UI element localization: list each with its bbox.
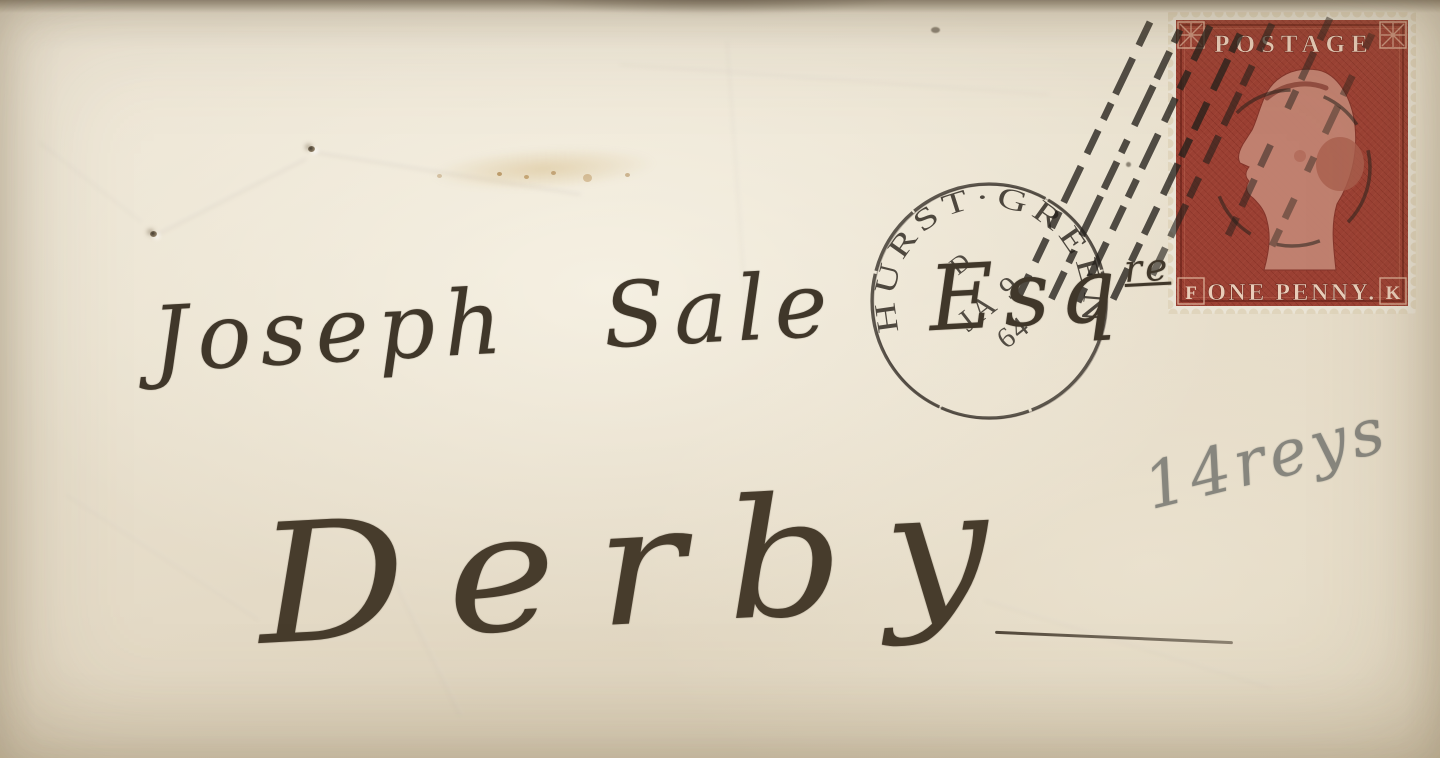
address-line-recipient: Joseph Sale Esqre <box>149 235 1174 393</box>
queen-victoria-portrait <box>1239 69 1364 270</box>
portrait-ear <box>1294 150 1306 162</box>
ink-speck <box>1126 162 1131 167</box>
crease-line <box>39 140 143 222</box>
cancel-circle-fragment <box>1214 90 1370 246</box>
city-name: Derby <box>253 450 1034 682</box>
crease-line <box>65 492 260 620</box>
stamp-corner-letter-f: F <box>1185 283 1197 304</box>
portrait-hair-bun <box>1316 137 1364 191</box>
address-line-city: Derby <box>253 450 1034 682</box>
corner-letter-box <box>1178 278 1204 304</box>
cancel-bar <box>1226 18 1330 240</box>
envelope-paper: HURST·GREEN D JA 9 64 <box>0 0 1440 758</box>
pencil-annotation: 14reys <box>1137 393 1396 525</box>
envelope-top-fold-shadow <box>520 0 910 16</box>
honorific-superscript: re <box>1123 245 1172 291</box>
ink-speck <box>931 27 940 33</box>
recipient-name: Joseph Sale <box>149 252 839 393</box>
corner-letter-box <box>1380 278 1406 304</box>
star-ornament-icon <box>1178 22 1204 48</box>
star-ornament-icon <box>1380 22 1406 48</box>
penny-red-stamp: POSTAGE ONE PENNY. F K <box>1168 12 1416 314</box>
stamp-frame-line <box>1181 25 1403 301</box>
pinhole <box>308 146 315 152</box>
cancel-bar <box>1272 34 1372 246</box>
stamp-body <box>1176 20 1408 306</box>
stamp-corner-letter-k: K <box>1386 283 1401 304</box>
crease-line <box>149 157 306 239</box>
pinhole <box>150 231 157 237</box>
stamp-margin <box>1169 13 1416 314</box>
stamp-engraving-texture <box>1176 20 1408 306</box>
envelope-photo: HURST·GREEN D JA 9 64 <box>0 0 1440 758</box>
stamp-postage-label: POSTAGE <box>1214 31 1374 58</box>
stamp-perforations <box>1169 13 1415 313</box>
stamp-inner-frame-line <box>1185 29 1400 298</box>
stamp-one-penny-label: ONE PENNY. <box>1207 280 1376 306</box>
portrait-diadem <box>1267 84 1326 98</box>
crease-line <box>620 62 1049 95</box>
stain-smudge <box>427 142 659 196</box>
honorific: Esq <box>926 237 1128 352</box>
stamp-engraving-texture <box>1176 20 1408 306</box>
stain-dots <box>497 172 502 176</box>
